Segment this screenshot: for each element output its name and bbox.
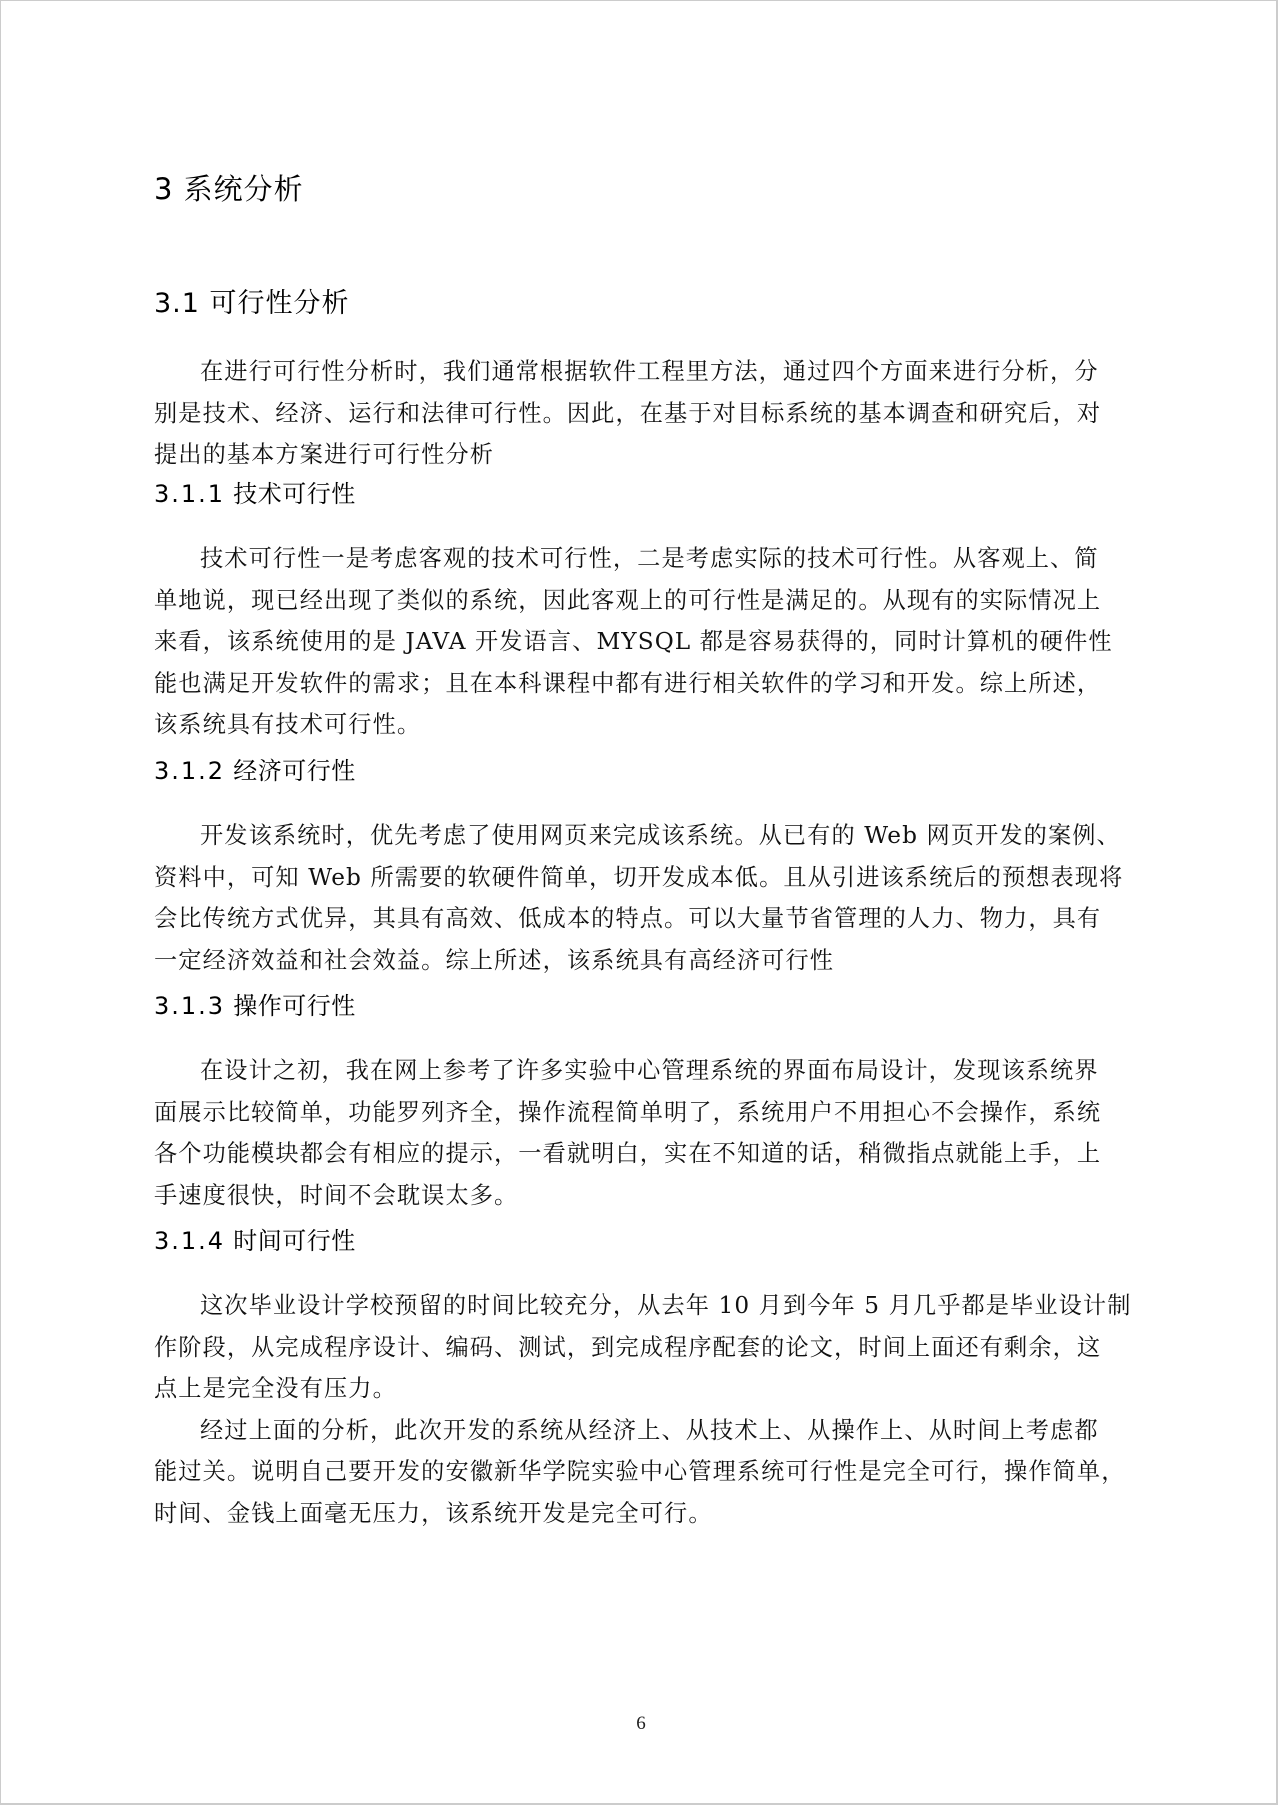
subsection-number: 3.1.2	[154, 757, 225, 785]
document-page: 3 系统分析 3.1 可行性分析 在进行可行性分析时，我们通常根据软件工程里方法…	[0, 0, 1278, 1805]
paragraph-line: 资料中，可知 Web 所需要的软硬件简单，切开发成本低。且从引进该系统后的预想表…	[154, 857, 1158, 899]
paragraph-line: 各个功能模块都会有相应的提示，一看就明白，实在不知道的话，稍微指点就能上手，上	[154, 1133, 1158, 1175]
subsection-title: 操作可行性	[233, 992, 356, 1020]
paragraph-technical: 技术可行性一是考虑客观的技术可行性，二是考虑实际的技术可行性。从客观上、简 单地…	[154, 538, 1158, 746]
paragraph-line: 一定经济效益和社会效益。综上所述，该系统具有高经济可行性	[154, 940, 1158, 982]
chapter-heading: 3 系统分析	[154, 167, 304, 208]
paragraph-line: 来看，该系统使用的是 JAVA 开发语言、MYSQL 都是容易获得的，同时计算机…	[154, 621, 1158, 663]
paragraph-line: 手速度很快，时间不会耽误太多。	[154, 1175, 1158, 1217]
paragraph-operational: 在设计之初，我在网上参考了许多实验中心管理系统的界面布局设计，发现该系统界 面展…	[154, 1050, 1158, 1216]
subsection-heading-3-1-4: 3.1.4 时间可行性	[154, 1226, 356, 1256]
paragraph-line: 作阶段，从完成程序设计、编码、测试，到完成程序配套的论文，时间上面还有剩余，这	[154, 1327, 1158, 1369]
paragraph-time: 这次毕业设计学校预留的时间比较充分，从去年 10 月到今年 5 月几乎都是毕业设…	[154, 1285, 1158, 1534]
paragraph-line: 在设计之初，我在网上参考了许多实验中心管理系统的界面布局设计，发现该系统界	[154, 1050, 1158, 1092]
paragraph-line: 技术可行性一是考虑客观的技术可行性，二是考虑实际的技术可行性。从客观上、简	[154, 538, 1158, 580]
page-number: 6	[1, 1713, 1280, 1735]
paragraph-line: 在进行可行性分析时，我们通常根据软件工程里方法，通过四个方面来进行分析，分	[154, 351, 1158, 393]
paragraph-line: 会比传统方式优异，其具有高效、低成本的特点。可以大量节省管理的人力、物力，具有	[154, 898, 1158, 940]
paragraph-line: 别是技术、经济、运行和法律可行性。因此，在基于对目标系统的基本调查和研究后，对	[154, 393, 1158, 435]
intro-paragraph: 在进行可行性分析时，我们通常根据软件工程里方法，通过四个方面来进行分析，分 别是…	[154, 351, 1158, 476]
paragraph-economic: 开发该系统时，优先考虑了使用网页来完成该系统。从已有的 Web 网页开发的案例、…	[154, 815, 1158, 981]
paragraph-line: 点上是完全没有压力。	[154, 1368, 1158, 1410]
subsection-heading-3-1-2: 3.1.2 经济可行性	[154, 756, 356, 786]
section-heading: 3.1 可行性分析	[154, 281, 350, 320]
paragraph-line: 时间、金钱上面毫无压力，该系统开发是完全可行。	[154, 1493, 1158, 1535]
paragraph-line: 能也满足开发软件的需求；且在本科课程中都有进行相关软件的学习和开发。综上所述，	[154, 663, 1158, 705]
paragraph-line: 提出的基本方案进行可行性分析	[154, 434, 1158, 476]
paragraph-line: 单地说，现已经出现了类似的系统，因此客观上的可行性是满足的。从现有的实际情况上	[154, 580, 1158, 622]
paragraph-line: 这次毕业设计学校预留的时间比较充分，从去年 10 月到今年 5 月几乎都是毕业设…	[154, 1285, 1158, 1327]
subsection-title: 经济可行性	[233, 757, 356, 785]
paragraph-line: 面展示比较简单，功能罗列齐全，操作流程简单明了，系统用户不用担心不会操作，系统	[154, 1092, 1158, 1134]
paragraph-line: 开发该系统时，优先考虑了使用网页来完成该系统。从已有的 Web 网页开发的案例、	[154, 815, 1158, 857]
paragraph-line: 经过上面的分析，此次开发的系统从经济上、从技术上、从操作上、从时间上考虑都	[154, 1410, 1158, 1452]
paragraph-line: 该系统具有技术可行性。	[154, 704, 1158, 746]
subsection-heading-3-1-3: 3.1.3 操作可行性	[154, 991, 356, 1021]
subsection-number: 3.1.1	[154, 480, 225, 508]
subsection-heading-3-1-1: 3.1.1 技术可行性	[154, 479, 356, 509]
subsection-number: 3.1.3	[154, 992, 225, 1020]
subsection-title: 技术可行性	[233, 480, 356, 508]
subsection-number: 3.1.4	[154, 1227, 225, 1255]
subsection-title: 时间可行性	[233, 1227, 356, 1255]
paragraph-line: 能过关。说明自己要开发的安徽新华学院实验中心管理系统可行性是完全可行，操作简单，	[154, 1451, 1158, 1493]
